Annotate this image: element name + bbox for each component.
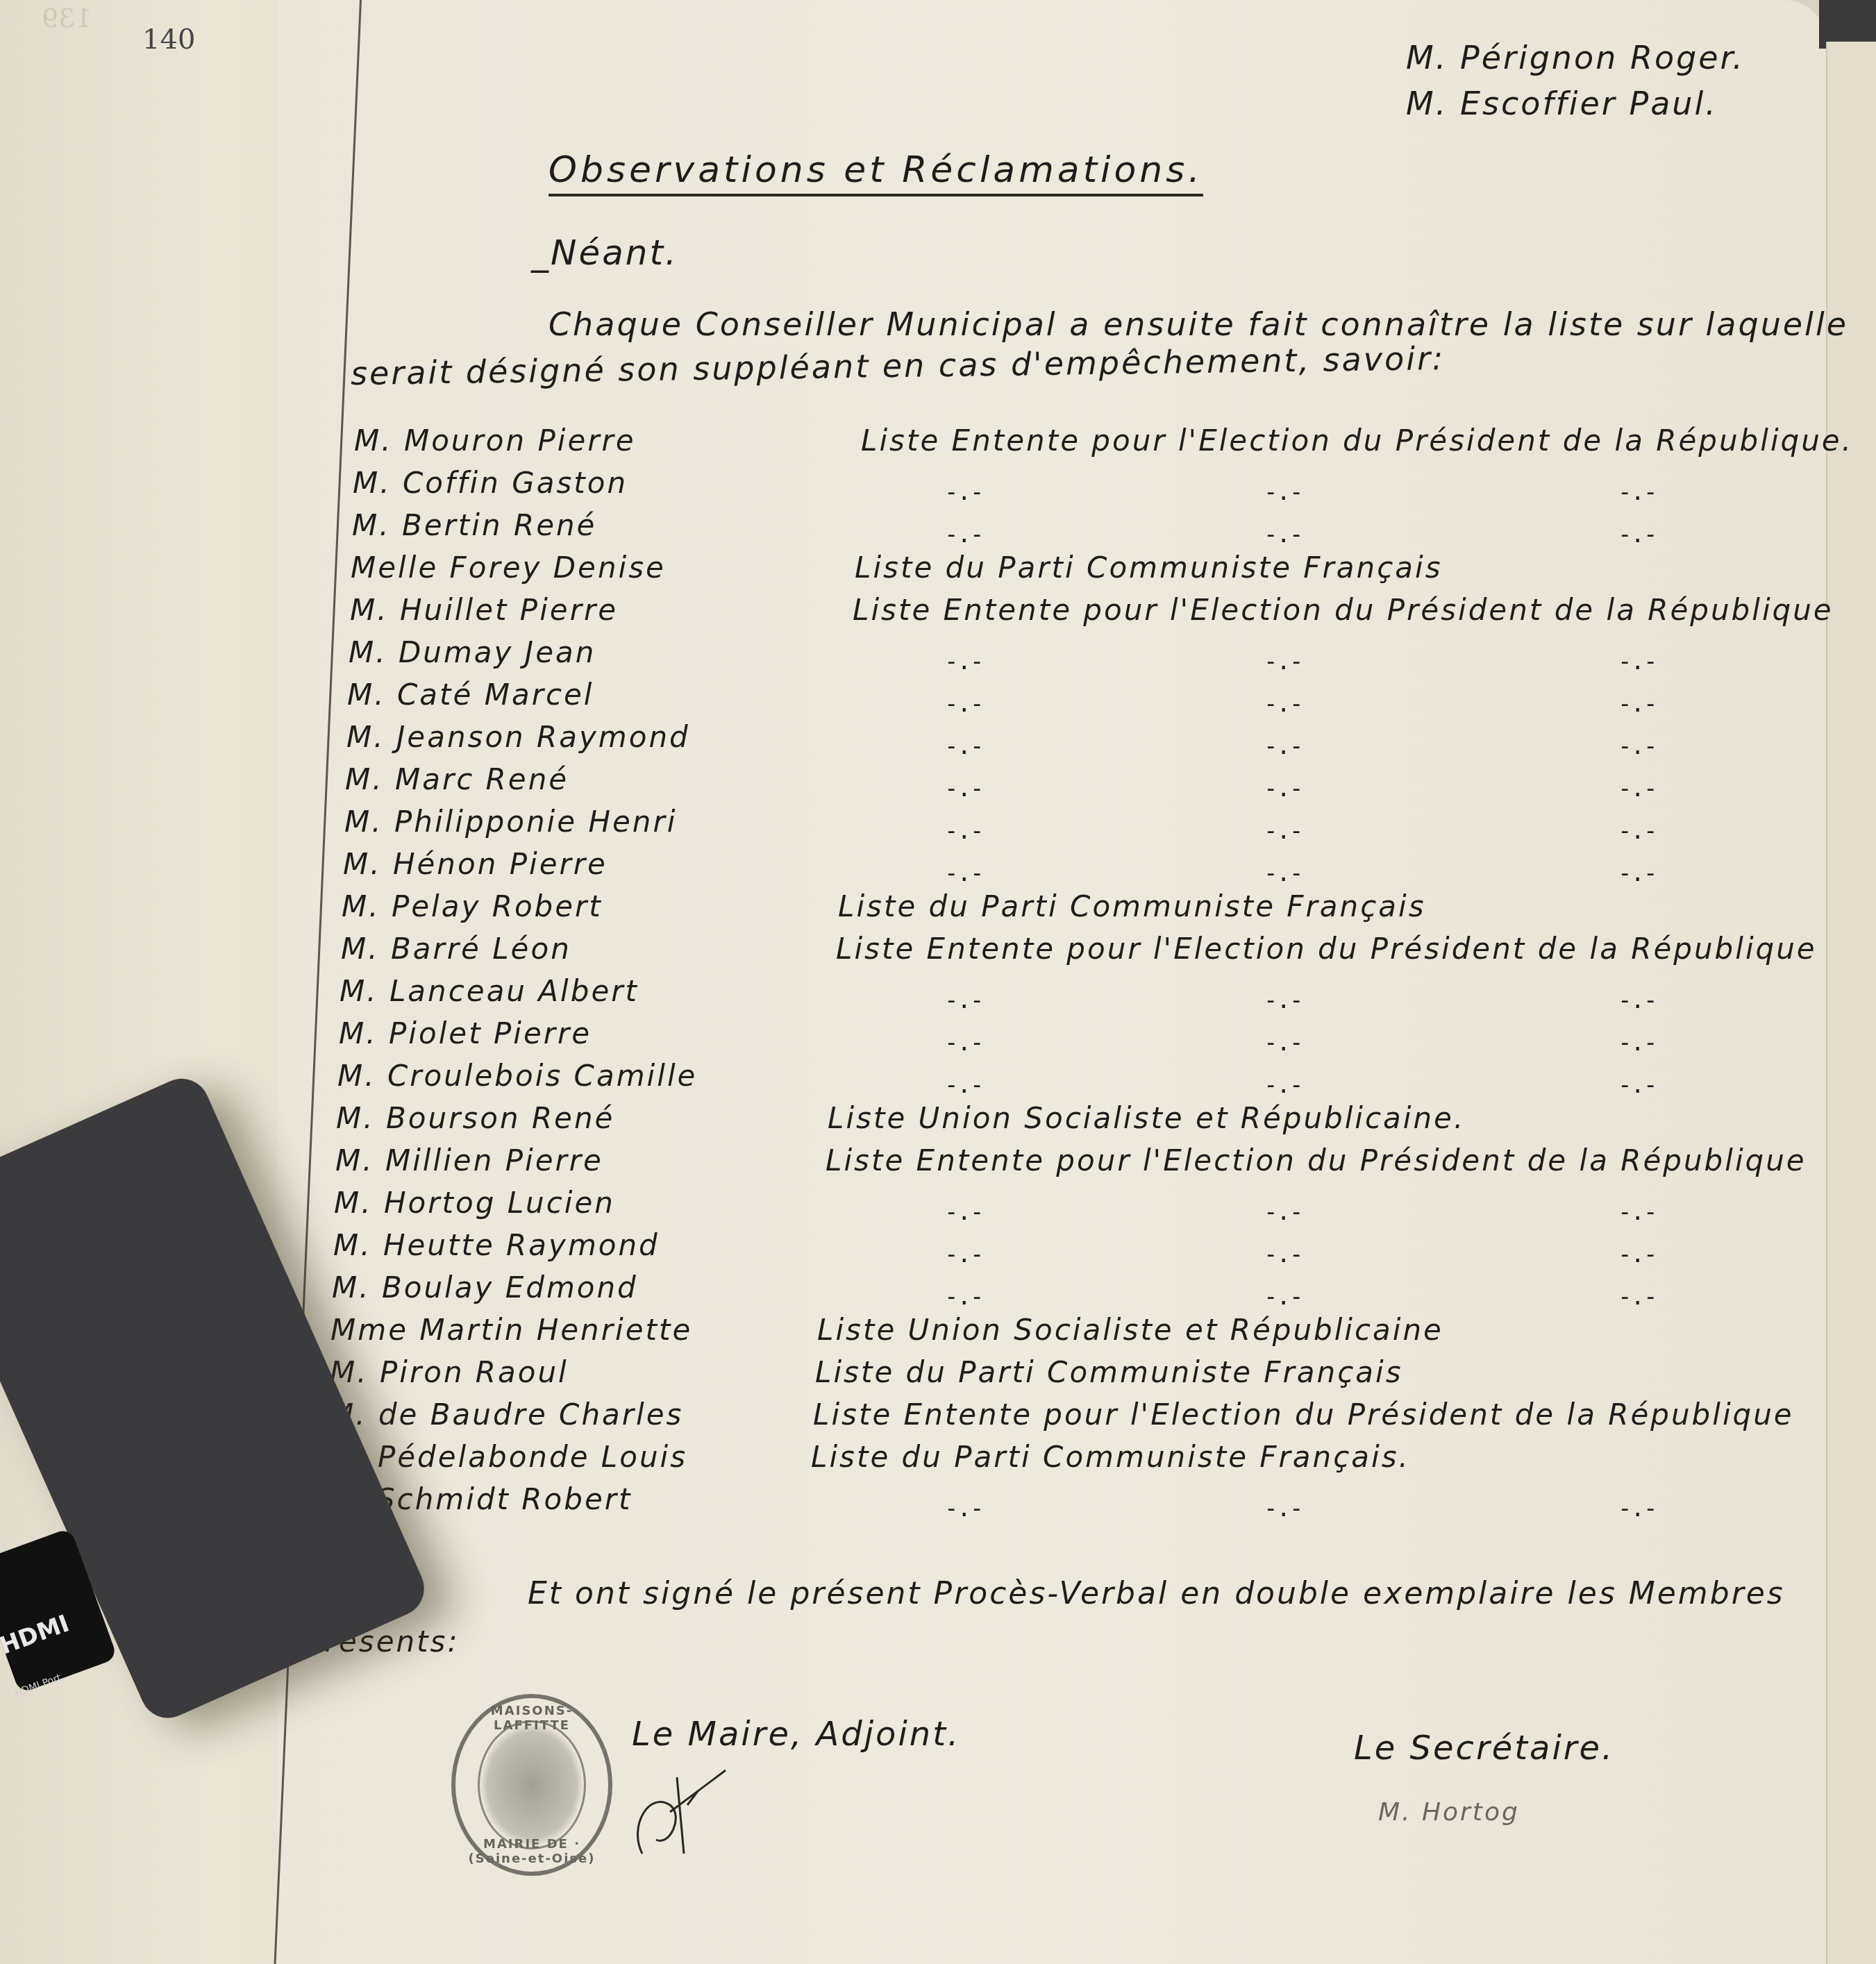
ditto-mark: -.- [1264, 859, 1302, 887]
town-hall-seal: MAISONS-LAFFITTE MAIRIE DE · (Seine-et-O… [451, 1694, 612, 1876]
roster-row: M. Hortog Lucien-.--.--.- [333, 1186, 1819, 1228]
ditto-mark: -.- [944, 859, 982, 887]
roster-row: M. de Baudre CharlesListe Entente pour l… [333, 1398, 1819, 1440]
roster-row: Melle Forey DeniseListe du Parti Communi… [333, 551, 1819, 593]
seal-top-text: MAISONS-LAFFITTE [455, 1704, 608, 1733]
roster-row: M. Jeanson Raymond-.--.--.- [333, 720, 1819, 762]
ditto-mark: -.- [1264, 648, 1302, 675]
ditto-mark: -.- [1618, 478, 1656, 506]
maire-label: Le Maire, Adjoint. [632, 1715, 960, 1754]
roster-row: M. Schmidt Robert-.--.--.- [333, 1482, 1819, 1525]
ditto-mark: -.- [1264, 817, 1302, 845]
ditto-mark: -.- [1618, 1029, 1656, 1057]
substitute-list: Liste du Parti Communiste Français. [811, 1440, 1410, 1474]
ditto-mark: -.- [1264, 521, 1302, 548]
substitute-list: Liste du Parti Communiste Français [838, 889, 1426, 923]
councillor-name: M. Jeanson Raymond [346, 720, 690, 754]
councillor-name: M. Bourson René [336, 1101, 614, 1135]
ditto-mark: -.- [944, 817, 982, 845]
councillor-name: M. Marc René [345, 762, 569, 796]
roster-row: M. Millien PierreListe Entente pour l'El… [333, 1143, 1819, 1186]
ditto-mark: -.- [1264, 732, 1302, 760]
substitute-list: Liste du Parti Communiste Français [815, 1355, 1403, 1389]
councillor-name: M. Mouron Pierre [354, 423, 636, 458]
roster-row: M. Lanceau Albert-.--.--.- [333, 974, 1819, 1016]
ditto-mark: -.- [1618, 859, 1656, 887]
substitute-list: Liste du Parti Communiste Français [855, 551, 1443, 585]
ditto-mark: -.- [944, 1198, 982, 1226]
roster-row: M. Pédelabonde LouisListe du Parti Commu… [333, 1440, 1819, 1482]
councillor-name: M. Dumay Jean [349, 635, 596, 669]
councillor-name: M. Hortog Lucien [334, 1186, 615, 1220]
ditto-mark: -.- [1264, 1029, 1302, 1057]
top-names: M. Pérignon Roger. M. Escoffier Paul. [1406, 35, 1745, 126]
roster-row: M. Croulebois Camille-.--.--.- [333, 1059, 1819, 1101]
substitute-list: Liste Union Socialiste et Républicaine. [828, 1101, 1465, 1135]
substitute-list: Liste Entente pour l'Election du Préside… [826, 1143, 1807, 1177]
councillor-name: M. Bertin René [352, 508, 596, 542]
councillor-name: M. Huillet Pierre [350, 593, 618, 627]
councillor-name: M. Croulebois Camille [337, 1059, 697, 1093]
roster-row: M. Boulay Edmond-.--.--.- [333, 1270, 1819, 1313]
ditto-mark: -.- [944, 1495, 982, 1522]
ditto-mark: -.- [1618, 690, 1656, 718]
ditto-mark: -.- [1618, 648, 1656, 675]
seal-emblem [478, 1720, 586, 1849]
ditto-mark: -.- [944, 1241, 982, 1268]
ditto-mark: -.- [1264, 478, 1302, 506]
substitute-list: Liste Union Socialiste et Républicaine [817, 1313, 1443, 1347]
top-name: M. Escoffier Paul. [1406, 81, 1745, 126]
ditto-mark: -.- [1618, 987, 1656, 1014]
councillor-name: M. Piron Raoul [330, 1355, 569, 1389]
roster-row: M. Bourson RenéListe Union Socialiste et… [333, 1101, 1819, 1143]
ditto-mark: -.- [944, 1283, 982, 1311]
councillor-name: M. Pelay Robert [342, 889, 603, 923]
ditto-mark: -.- [1264, 987, 1302, 1014]
ditto-mark: -.- [944, 987, 982, 1014]
ditto-mark: -.- [1264, 690, 1302, 718]
ditto-mark: -.- [1618, 1241, 1656, 1268]
councillor-name: M. Barré Léon [341, 932, 571, 966]
ditto-mark: -.- [944, 1029, 982, 1057]
ditto-mark: -.- [1618, 1495, 1656, 1522]
substitute-list: Liste Entente pour l'Election du Préside… [861, 423, 1853, 458]
councillor-name: M. Piolet Pierre [339, 1016, 592, 1050]
substitute-list: Liste Entente pour l'Election du Préside… [836, 932, 1817, 966]
section-title: Observations et Réclamations. [548, 149, 1203, 196]
ditto-mark: -.- [1264, 775, 1302, 803]
ditto-mark: -.- [1264, 1283, 1302, 1311]
top-name: M. Pérignon Roger. [1406, 35, 1745, 81]
councillor-name: M. Heutte Raymond [333, 1228, 660, 1262]
councillor-name: Melle Forey Denise [351, 551, 666, 585]
roster-row: M. Caté Marcel-.--.--.- [333, 678, 1819, 720]
intro-line-1: Chaque Conseiller Municipal a ensuite fa… [548, 305, 1848, 343]
councillor-name: Mme Martin Henriette [330, 1313, 692, 1347]
ditto-mark: -.- [1264, 1241, 1302, 1268]
ditto-mark: -.- [1618, 1198, 1656, 1226]
folio-number: 140 [142, 24, 195, 56]
roster-row: M. Pelay RobertListe du Parti Communiste… [333, 889, 1819, 932]
roster-row: M. Barré LéonListe Entente pour l'Electi… [333, 932, 1819, 974]
ditto-mark: -.- [944, 690, 982, 718]
ditto-mark: -.- [944, 478, 982, 506]
ditto-mark: -.- [1618, 521, 1656, 548]
roster-row: M. Heutte Raymond-.--.--.- [333, 1228, 1819, 1270]
councillor-name: M. Philipponie Henri [344, 805, 677, 839]
councillor-name: M. Lanceau Albert [340, 974, 639, 1008]
bleed-through-folio: 139 [42, 3, 92, 33]
roster-row: M. Mouron PierreListe Entente pour l'Ele… [333, 423, 1819, 466]
ditto-mark: -.- [1618, 1071, 1656, 1099]
substitute-list: Liste Entente pour l'Election du Préside… [853, 593, 1834, 627]
ditto-mark: -.- [1618, 775, 1656, 803]
councillor-name: M. Boulay Edmond [332, 1270, 638, 1304]
neant-note: _Néant. [531, 233, 678, 273]
ditto-mark: -.- [944, 521, 982, 548]
ditto-mark: -.- [1264, 1071, 1302, 1099]
ditto-mark: -.- [1618, 1283, 1656, 1311]
roster-row: M. Marc René-.--.--.- [333, 762, 1819, 805]
councillor-name: M. Coffin Gaston [353, 466, 628, 500]
roster-row: M. Hénon Pierre-.--.--.- [333, 847, 1819, 889]
councillor-name: M. Caté Marcel [347, 678, 594, 712]
roster-row: M. Bertin René-.--.--.- [333, 508, 1819, 551]
ditto-mark: -.- [944, 775, 982, 803]
roster-row: M. Philipponie Henri-.--.--.- [333, 805, 1819, 847]
councillor-name: M. Millien Pierre [335, 1143, 603, 1177]
closing-statement: Et ont signé le présent Procès-Verbal en… [528, 1576, 1785, 1611]
ditto-mark: -.- [1264, 1495, 1302, 1522]
roster-row: Mme Martin HenrietteListe Union Socialis… [333, 1313, 1819, 1355]
councillor-name: M. Pédelabonde Louis [328, 1440, 687, 1474]
roster-row: M. Dumay Jean-.--.--.- [333, 635, 1819, 678]
roster-row: M. Piron RaoulListe du Parti Communiste … [333, 1355, 1819, 1398]
ditto-mark: -.- [944, 1071, 982, 1099]
ditto-mark: -.- [1618, 817, 1656, 845]
secretaire-label: Le Secrétaire. [1354, 1729, 1614, 1768]
roster-row: M. Piolet Pierre-.--.--.- [333, 1016, 1819, 1059]
councillor-name: M. de Baudre Charles [328, 1398, 683, 1432]
councillor-roster: M. Mouron PierreListe Entente pour l'Ele… [333, 423, 1819, 1525]
secretaire-signature: M. Hortog [1378, 1798, 1520, 1827]
roster-row: M. Huillet PierreListe Entente pour l'El… [333, 593, 1819, 635]
roster-row: M. Coffin Gaston-.--.--.- [333, 466, 1819, 508]
ditto-mark: -.- [944, 648, 982, 675]
seal-bottom-text: MAIRIE DE · (Seine-et-Oise) [455, 1837, 608, 1866]
ditto-mark: -.- [944, 732, 982, 760]
ditto-mark: -.- [1618, 732, 1656, 760]
substitute-list: Liste Entente pour l'Election du Préside… [813, 1398, 1794, 1432]
ditto-mark: -.- [1264, 1198, 1302, 1226]
maire-signature [628, 1763, 753, 1861]
councillor-name: M. Hénon Pierre [343, 847, 608, 881]
